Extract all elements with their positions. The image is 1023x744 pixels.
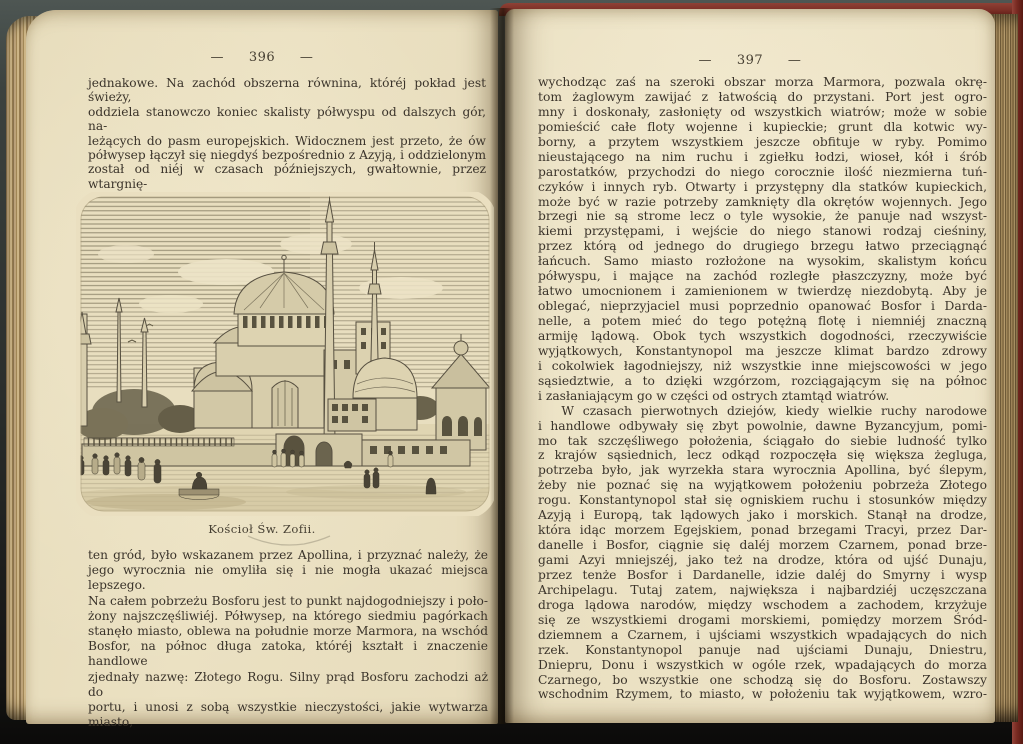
pencil-mark <box>244 532 334 548</box>
text-line: Czarnego, bo wszystkie one schodzą się d… <box>538 673 987 688</box>
text-line: W czasach pierwotnych dziejów, kiedy wie… <box>538 404 987 419</box>
text-line: z krajów sąsiednich, lecz odkąd rozpoczę… <box>538 448 987 463</box>
text-line: Na całem pobrzeżu Bosforu jest to punkt … <box>88 594 488 609</box>
engraving-hagia-sophia <box>76 192 494 516</box>
text-line: parostatków, przychodzi do niego coroczn… <box>538 165 987 180</box>
text-line: nelle, a potem mieć do tego potężną flot… <box>538 314 987 329</box>
left-page: — 396 — jednakowe. Na zachód obszerna ró… <box>26 10 498 724</box>
text-line: Bosfor, na północ długa zatoka, któréj k… <box>88 639 488 669</box>
text-line: Dniepru, Donu i wszystkich w ogóle rzek,… <box>538 658 987 673</box>
book-scan: — 396 — jednakowe. Na zachód obszerna ró… <box>0 0 1023 744</box>
text-line: gami Azyi mniejszéj, jako też na drodze,… <box>538 553 987 568</box>
text-line: i handlowe odbywały się zbyt powolnie, d… <box>538 419 987 434</box>
text-line: tom żaglowym zawijać z łatwością do przy… <box>538 90 987 105</box>
text-line: się ze wszystkiemi drogami morskiemi, po… <box>538 613 987 628</box>
text-line: przez którą od jednego do drugiego brzeg… <box>538 239 987 254</box>
text-line: stanęło miasto, oblewa na południe morze… <box>88 624 488 639</box>
text-line: półwyspu, i mające na zachód rozległe pł… <box>538 269 987 284</box>
page-number-right: — 397 — <box>505 53 995 68</box>
text-line: i cokolwiek łagodniejszy, niż wszystkie … <box>538 359 987 374</box>
text-line: potrzeba było, jak wyrzekła stara wyrocz… <box>538 463 987 478</box>
text-line: i zasłaniającym go w części od ostrych z… <box>538 389 987 404</box>
text-line: półwysep łączył się niegdyś bezpośrednio… <box>88 148 486 162</box>
text-line: która idąc morzem Egejskiem, ponad brzeg… <box>538 523 987 538</box>
text-line: pomieścić całe floty wojenne i kupieckie… <box>538 120 987 135</box>
text-line: leżących do pasm europejskich. Widocznem… <box>88 134 486 148</box>
text-line: żony najszczęśliwiéj. Półwysep, na które… <box>88 609 488 624</box>
text-line: danelle i Bosfor, ciągnie się daléj morz… <box>538 538 987 553</box>
text-line: Azyją i Europą, tak lądowych jako i mors… <box>538 508 987 523</box>
text-line: wschodnim Rzymem, to miasto, w położeniu… <box>538 687 987 702</box>
text-line: może być w razie potrzeby zamknięty dla … <box>538 195 987 210</box>
text-line: czyków i innych ryb. Otwarty i przystępn… <box>538 180 987 195</box>
text-line: żeby nie poznać się na wyjątkowem położe… <box>538 478 987 493</box>
text-line: ten gród, było wskazanem przez Apollina,… <box>88 548 488 563</box>
text-line: droga lądowa narodów, między wschodem a … <box>538 598 987 613</box>
text-line: sąsiedztwie, a to dzięki wzgórzom, rozci… <box>538 374 987 389</box>
text-line: Archipelagu. Tutaj zatem, największa i n… <box>538 583 987 598</box>
text-line: jego wyrocznia nie omyliła się i nie mog… <box>88 563 488 593</box>
text-line: mo tak szczęśliwego położenia, ściągało … <box>538 434 987 449</box>
text-line: jednakowe. Na zachód obszerna równina, k… <box>88 76 486 105</box>
text-line: borny, a przytem wszystkiem jeszcze obfi… <box>538 135 987 150</box>
text-line: wychodząc zaś na szeroki obszar morza Ma… <box>538 75 987 90</box>
text-line: armiję lądową. Obok tych wszystkich dogo… <box>538 329 987 344</box>
right-page-paragraphs: wychodząc zaś na szeroki obszar morza Ma… <box>538 75 987 702</box>
text-line: łatwo umocnionem i zamienionem w twierdz… <box>538 284 987 299</box>
text-line: przez tenże Bosfor i Dardanelle, idzie d… <box>538 568 987 583</box>
text-line: został od niéj w czasach późniejszych, g… <box>88 162 486 191</box>
right-page: — 397 — wychodząc zaś na szeroki obszar … <box>505 9 995 723</box>
text-line: rzek. Konstantynopol panuje nad ujściami… <box>538 643 987 658</box>
text-line: zjednały nazwę: Złotego Rogu. Silny prąd… <box>88 670 488 700</box>
text-line: wyjątkowych, Konstantynopol ma jeszcze k… <box>538 344 987 359</box>
text-line: brzegi nie są strome lecz o tyle wysokie… <box>538 209 987 224</box>
book-gutter-shadow <box>490 8 514 724</box>
text-line: nieustającego na nim ruchu i zgiełku łod… <box>538 150 987 165</box>
text-line: portu, i unosi z sobą wszystkie nieczyst… <box>88 700 488 730</box>
text-line: kiemi przystępami, i wejście do niego st… <box>538 224 987 239</box>
text-line: oddziela stanowczo koniec skalisty półwy… <box>88 105 486 134</box>
text-line: mny i doskonały, zasłonięty od wszystkic… <box>538 105 987 120</box>
page-number-left: — 396 — <box>26 50 498 65</box>
text-line: rogu. Konstantynopol stał się ogniskiem … <box>538 493 987 508</box>
text-line: łańcuch. Samo miasto rozłożone na wysoki… <box>538 254 987 269</box>
text-line: dziemnem a Czarnem, i ujściami wszystkic… <box>538 628 987 643</box>
left-page-bottom-paragraphs: ten gród, było wskazanem przez Apollina,… <box>88 548 488 730</box>
text-line: oblegać, nieprzyjaciel musi poprzednio o… <box>538 299 987 314</box>
